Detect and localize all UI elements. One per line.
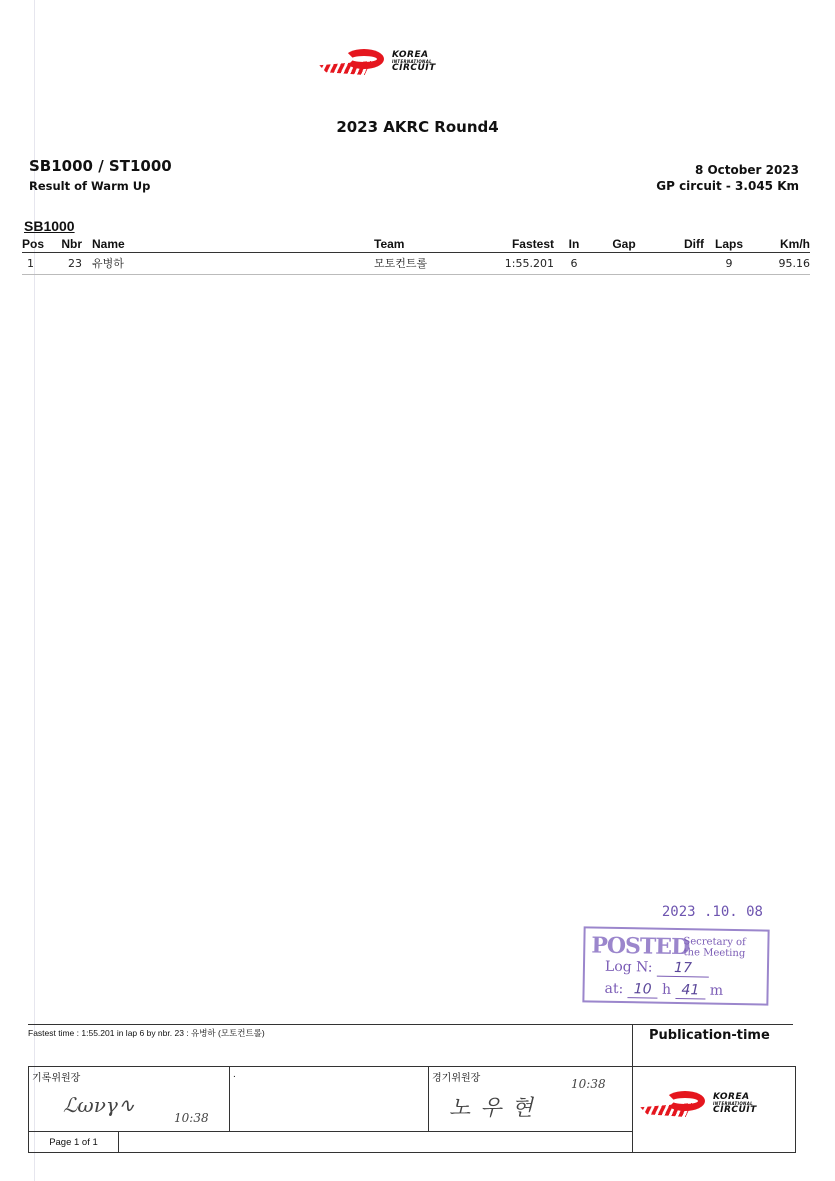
page-number: Page 1 of 1 bbox=[29, 1131, 119, 1152]
scan-artifact bbox=[34, 0, 35, 1181]
stamp-posted: POSTED bbox=[591, 933, 689, 961]
publication-time-label: Publication-time bbox=[632, 1024, 793, 1066]
fastest-time-note: Fastest time : 1:55.201 in lap 6 by nbr.… bbox=[28, 1027, 265, 1039]
cell-laps: 9 bbox=[704, 253, 754, 275]
sig2-title: . bbox=[233, 1069, 425, 1080]
cell-team: 모토컨트롤 bbox=[304, 253, 434, 275]
cell-nbr: 23 bbox=[52, 253, 82, 275]
korea-circuit-logo-icon bbox=[639, 1089, 709, 1119]
stamp-date: 2023 .10. 08 bbox=[662, 904, 763, 920]
cell-in: 6 bbox=[554, 253, 594, 275]
footer-logo: KOREA INTERNATIONAL CIRCUIT bbox=[639, 1089, 757, 1119]
stamp-time: at: 10 h 41 m bbox=[604, 981, 723, 1000]
page-row-blank bbox=[119, 1131, 633, 1152]
stamp-secretary: Secretary of the Meeting bbox=[683, 936, 746, 959]
sig1-signature: ℒωνγ∿ bbox=[63, 1093, 135, 1117]
cell-diff bbox=[654, 253, 704, 275]
col-diff: Diff bbox=[654, 236, 704, 253]
event-date: 8 October 2023 bbox=[695, 163, 799, 177]
col-gap: Gap bbox=[594, 236, 654, 253]
col-in: In bbox=[554, 236, 594, 253]
sig3-signature: 노우현 bbox=[449, 1091, 543, 1122]
circuit-info: GP circuit - 3.045 Km bbox=[656, 179, 799, 193]
sig1-title: 기록위원장 bbox=[32, 1069, 226, 1084]
sig-cell-middle: . bbox=[230, 1067, 429, 1131]
table-row: 1 23 유병하 모토컨트롤 1:55.201 6 9 95.16 bbox=[22, 253, 810, 275]
table-header-row: Pos Nbr Name Team Fastest In Gap Diff La… bbox=[22, 236, 810, 253]
logo-line-3: CIRCUIT bbox=[392, 64, 436, 73]
header-logo: KOREA INTERNATIONAL CIRCUIT bbox=[318, 47, 436, 77]
col-pos: Pos bbox=[22, 236, 52, 253]
col-nbr: Nbr bbox=[52, 236, 82, 253]
cell-pos: 1 bbox=[22, 253, 52, 275]
stamp-log-number: Log N: 17 bbox=[605, 959, 709, 978]
col-team: Team bbox=[304, 236, 434, 253]
class-title: SB1000 / ST1000 bbox=[29, 157, 172, 175]
sig-cell-race-director: 경기위원장 노우현 10:38 bbox=[429, 1067, 633, 1131]
posted-stamp: 2023 .10. 08 POSTED Secretary of the Mee… bbox=[583, 922, 771, 1004]
col-laps: Laps bbox=[704, 236, 754, 253]
cell-name: 유병하 bbox=[82, 253, 304, 275]
sig3-time: 10:38 bbox=[571, 1077, 606, 1091]
results-table: Pos Nbr Name Team Fastest In Gap Diff La… bbox=[22, 236, 810, 275]
col-name: Name bbox=[82, 236, 304, 253]
sig-cell-records-chief: 기록위원장 ℒωνγ∿ 10:38 bbox=[29, 1067, 230, 1131]
session-title: Result of Warm Up bbox=[29, 179, 150, 193]
signature-grid: 기록위원장 ℒωνγ∿ 10:38 . 경기위원장 노우현 10:38 Page… bbox=[28, 1066, 796, 1153]
group-title: SB1000 bbox=[24, 218, 75, 234]
cell-fastest: 1:55.201 bbox=[434, 253, 554, 275]
cell-kmh: 95.16 bbox=[754, 253, 810, 275]
col-fastest: Fastest bbox=[434, 236, 554, 253]
col-kmh: Km/h bbox=[754, 236, 810, 253]
event-title: 2023 AKRC Round4 bbox=[0, 118, 835, 136]
sig1-time: 10:38 bbox=[174, 1111, 209, 1125]
korea-circuit-logo-icon bbox=[318, 47, 388, 77]
cell-gap bbox=[594, 253, 654, 275]
